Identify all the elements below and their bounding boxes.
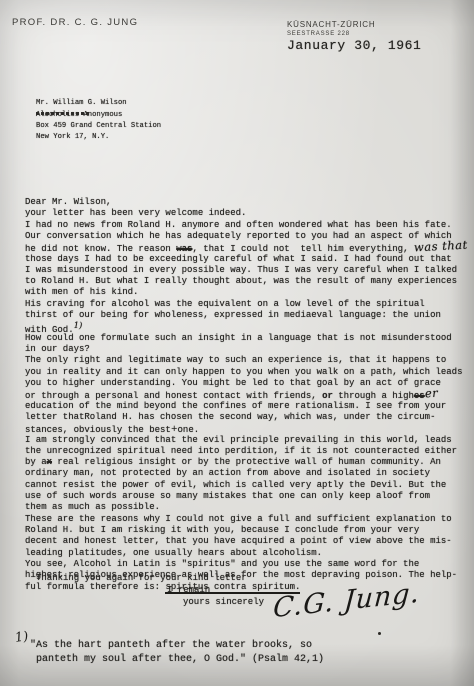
- body-line: decent and honest letter, that you have …: [25, 536, 468, 547]
- letter-page: PROF. DR. C. G. JUNG KÜSNACHT-ZÜRICH SEE…: [0, 0, 474, 686]
- body-line: education of the mind beyond the confine…: [25, 401, 468, 412]
- body-line: Our conversation which he has adequately…: [25, 231, 468, 242]
- letterhead-street: SEESTRASSE 228: [287, 31, 350, 37]
- recipient-address-line: Box 459 Grand Central Station: [36, 121, 161, 132]
- body-line: I was misunderstood in every possible wa…: [25, 265, 468, 276]
- body-line: or through a personal and honest contact…: [25, 389, 468, 400]
- body-line: to Roland H. But what I really thought a…: [25, 276, 468, 287]
- signature-ink-dot: [378, 632, 381, 635]
- body-line: You see, Alcohol in Latin is "spiritus" …: [25, 559, 468, 570]
- body-line: you in reality and it can only happen to…: [25, 367, 468, 378]
- footnote-marker: 1): [14, 629, 29, 646]
- body-line: letter thatRoland H. has chosen the seco…: [25, 412, 468, 423]
- body-line: your letter has been very welcome indeed…: [25, 208, 468, 219]
- letterhead-city: KÜSNACHT-ZÜRICH: [287, 20, 375, 29]
- letter-date: January 30, 1961: [287, 38, 421, 53]
- body-line: Roland H. but I am risking it with you, …: [25, 525, 468, 536]
- body-line: the unrecognized spiritual need into per…: [25, 446, 468, 457]
- body-line: by ax real religious insight or by the p…: [25, 457, 468, 468]
- closing-remain: I remain: [167, 585, 210, 595]
- body-line: cannot resist the power of evil, which i…: [25, 480, 468, 491]
- body-line: them as much as possible.: [25, 502, 468, 513]
- body-line: leading platitudes, one usually hears ab…: [25, 548, 468, 559]
- body-line: ordinary man, not protected by an action…: [25, 468, 468, 479]
- recipient-address-line: Mr. William G. Wilson: [36, 98, 161, 109]
- body-line: with God.1): [25, 321, 468, 332]
- body-line: you to higher understanding. You might b…: [25, 378, 468, 389]
- address-underline-rule: [36, 112, 90, 115]
- footnote-line: panteth my soul after thee, O God." (Psa…: [30, 654, 324, 665]
- body-line: These are the reasons why I could not gi…: [25, 514, 468, 525]
- body-line: stances, obviously the best+one.: [25, 423, 468, 434]
- footnote-line: "As the hart panteth after the water bro…: [30, 640, 312, 651]
- closing-thanks: Thanking you again for your kind letter: [36, 573, 247, 583]
- body-line: Dear Mr. Wilson,: [25, 197, 468, 208]
- body-line: in our days?: [25, 344, 468, 355]
- body-line: I am strongly convinced that the evil pr…: [25, 435, 468, 446]
- body-line: those days I had to be exceedingly caref…: [25, 254, 468, 265]
- closing-sincerely: yours sincerely: [183, 597, 264, 607]
- body-line: I had no news from Roland H. anymore and…: [25, 220, 468, 231]
- body-line: use of such words arouse so many mistake…: [25, 491, 468, 502]
- letterhead-sender: PROF. DR. C. G. JUNG: [12, 17, 138, 28]
- body-line: he did not know. The reason was, that I …: [25, 242, 468, 253]
- body-line: thirst of our being for wholeness, expre…: [25, 310, 468, 321]
- body-line: His craving for alcohol was the equivale…: [25, 299, 468, 310]
- letter-body: Dear Mr. Wilson,your letter has been ver…: [25, 163, 468, 593]
- recipient-address-line: New York 17, N.Y.: [36, 132, 161, 143]
- recipient-address: Mr. William G. WilsonAlcoholics Anonymou…: [36, 64, 161, 144]
- body-line: with men of his kind.: [25, 287, 468, 298]
- body-line: The only right and legitimate way to suc…: [25, 355, 468, 366]
- body-line: How could one formulate such an insight …: [25, 333, 468, 344]
